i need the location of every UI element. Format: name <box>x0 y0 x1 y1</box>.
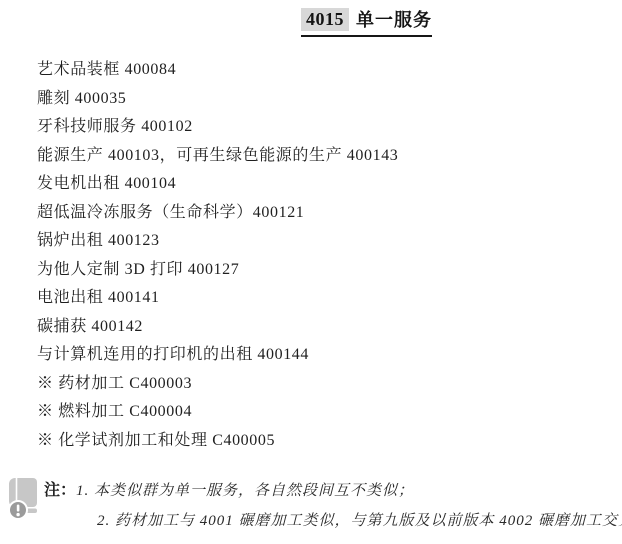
section-code-badge: 4015 <box>301 8 349 31</box>
list-item: ※ 药材加工 C400003 <box>37 370 398 399</box>
list-item: 能源生产 400103，可再生绿色能源的生产 400143 <box>37 142 398 171</box>
list-item: 雕刻 400035 <box>37 85 398 114</box>
list-item: 锅炉出租 400123 <box>37 227 398 256</box>
note-body: 注： 1. 本类似群为单一服务，各自然段间互不类似； 2. 药材加工与 4001… <box>44 476 622 536</box>
note-line: 2. 药材加工与 4001 碾磨加工类似，与第九版及以前版本 4002 碾磨加工… <box>97 506 622 536</box>
list-item: ※ 燃料加工 C400004 <box>37 398 398 427</box>
note-line: 1. 本类似群为单一服务，各自然段间互不类似； <box>76 476 622 506</box>
list-item: 与计算机连用的打印机的出租 400144 <box>37 341 398 370</box>
service-list: 艺术品装框 400084 雕刻 400035 牙科技师服务 400102 能源生… <box>37 56 398 455</box>
note-block: 注： 1. 本类似群为单一服务，各自然段间互不类似； 2. 药材加工与 4001… <box>7 476 622 536</box>
section-title: 4015 单一服务 <box>301 6 432 37</box>
section-name: 单一服务 <box>356 6 432 32</box>
list-item: 艺术品装框 400084 <box>37 56 398 85</box>
list-item: 发电机出租 400104 <box>37 170 398 199</box>
note-label: 注： <box>44 476 76 536</box>
list-item: 碳捕获 400142 <box>37 313 398 342</box>
document-page: 4015 单一服务 艺术品装框 400084 雕刻 400035 牙科技师服务 … <box>0 0 622 544</box>
note-lines: 1. 本类似群为单一服务，各自然段间互不类似； 2. 药材加工与 4001 碾磨… <box>76 476 622 536</box>
list-item: 牙科技师服务 400102 <box>37 113 398 142</box>
list-item: ※ 化学试剂加工和处理 C400005 <box>37 427 398 456</box>
list-item: 电池出租 400141 <box>37 284 398 313</box>
list-item: 为他人定制 3D 打印 400127 <box>37 256 398 285</box>
book-exclamation-icon <box>7 478 39 520</box>
list-item: 超低温冷冻服务（生命科学）400121 <box>37 199 398 228</box>
